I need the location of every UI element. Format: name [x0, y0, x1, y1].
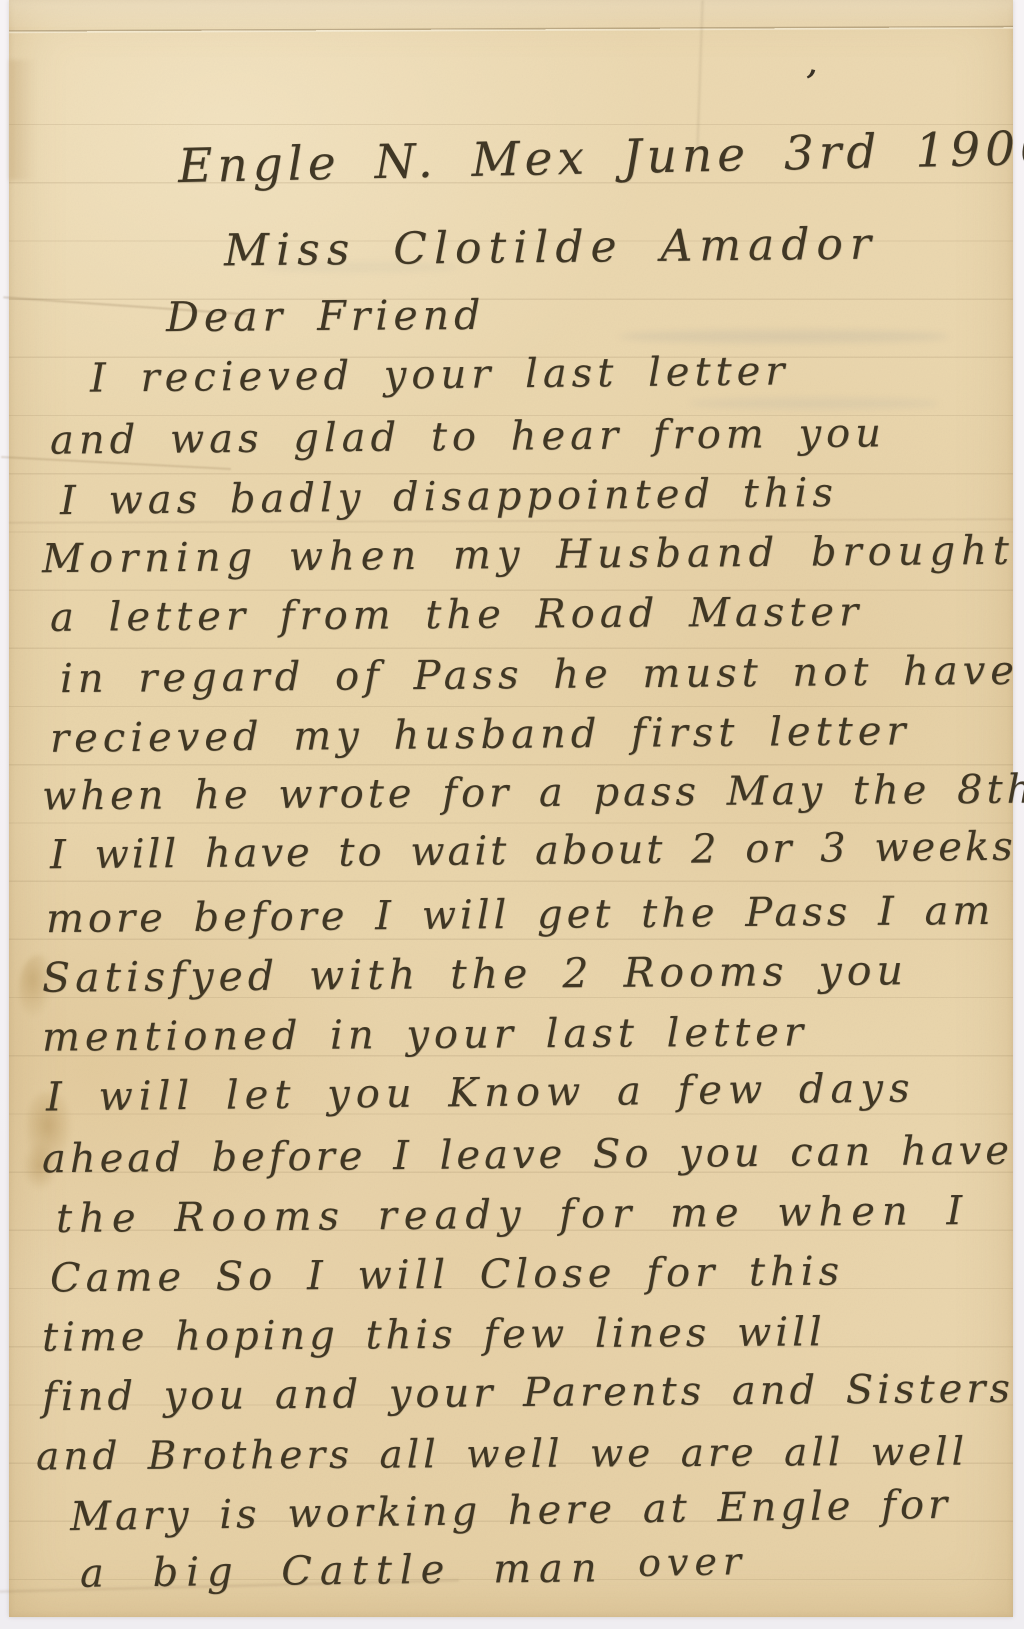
scanned-letter-page: ’ over Engle N. Mex June 3rd 1900Miss Cl…: [0, 0, 1024, 1629]
top-fold-band: [9, 0, 1013, 27]
ruled-lines: [9, 67, 1013, 1611]
letter-paper: ’ over Engle N. Mex June 3rd 1900Miss Cl…: [9, 0, 1013, 1617]
